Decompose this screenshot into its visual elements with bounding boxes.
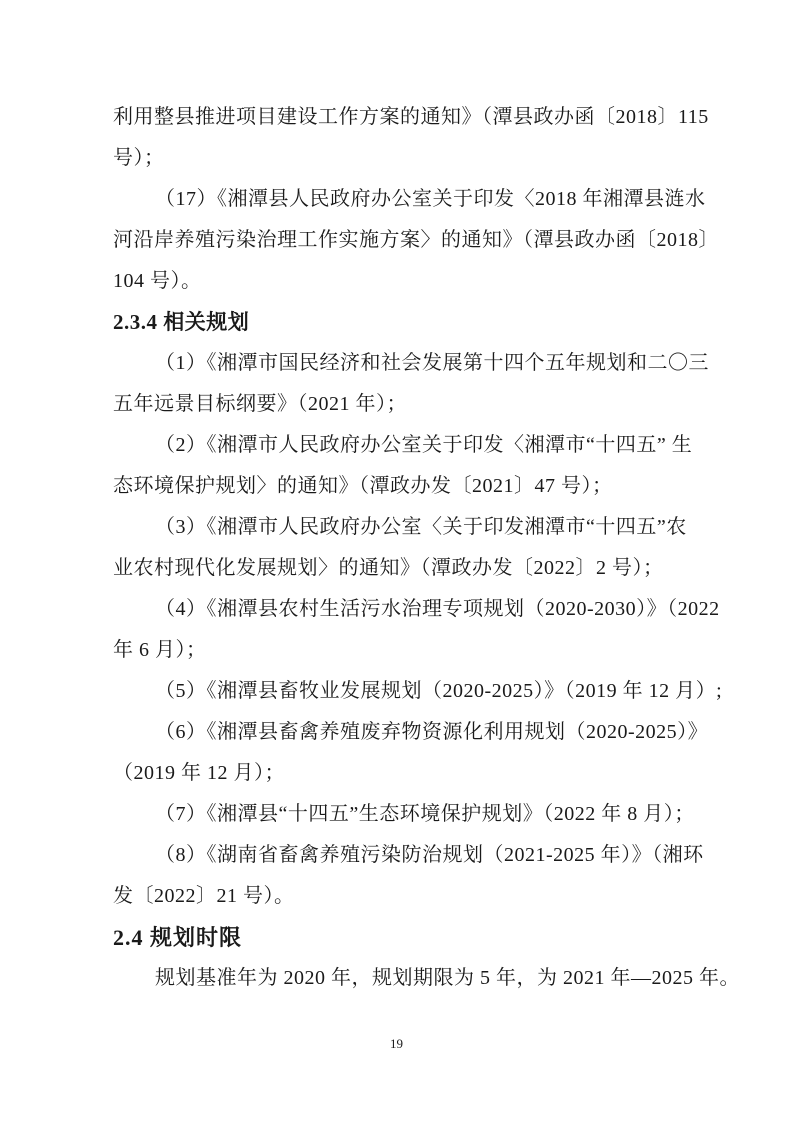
paragraph-line: 号）； — [113, 138, 680, 179]
section-heading-2-4: 2.4 规划时限 — [113, 917, 680, 958]
paragraph-line: 104 号）。 — [113, 261, 680, 302]
paragraph-line-item-8: （8）《湖南省畜禽养殖污染防治规划（2021-2025 年）》（湘环 — [113, 835, 680, 876]
paragraph-line: 五年远景目标纲要》（2021 年）； — [113, 384, 680, 425]
paragraph-line-item-17: （17）《湘潭县人民政府办公室关于印发〈2018 年湘潭县涟水 — [113, 179, 680, 220]
section-heading-2-3-4: 2.3.4 相关规划 — [113, 302, 680, 343]
paragraph-line: 态环境保护规划〉的通知》（潭政办发〔2021〕47 号）； — [113, 466, 680, 507]
paragraph-line-item-5: （5）《湘潭县畜牧业发展规划（2020-2025）》（2019 年 12 月）; — [113, 671, 680, 712]
paragraph-line: 河沿岸养殖污染治理工作实施方案〉的通知》（潭县政办函〔2018〕 — [113, 220, 680, 261]
paragraph-line-item-4: （4）《湘潭县农村生活污水治理专项规划（2020-2030）》（2022 — [113, 589, 680, 630]
paragraph-line: 年 6 月）； — [113, 630, 680, 671]
document-body: 利用整县推进项目建设工作方案的通知》（潭县政办函〔2018〕115 号）； （1… — [113, 97, 680, 999]
paragraph-line-item-3: （3）《湘潭市人民政府办公室〈关于印发湘潭市“十四五”农 — [113, 507, 680, 548]
paragraph-line-item-6: （6）《湘潭县畜禽养殖废弃物资源化利用规划（2020-2025）》 — [113, 712, 680, 753]
page-number: 19 — [0, 1036, 793, 1052]
paragraph-line: 规划基准年为 2020 年，规划期限为 5 年，为 2021 年—2025 年。 — [113, 958, 680, 999]
paragraph-line: 利用整县推进项目建设工作方案的通知》（潭县政办函〔2018〕115 — [113, 97, 680, 138]
paragraph-line: 业农村现代化发展规划〉的通知》（潭政办发〔2022〕2 号）； — [113, 548, 680, 589]
paragraph-line-item-1: （1）《湘潭市国民经济和社会发展第十四个五年规划和二〇三 — [113, 343, 680, 384]
document-page: 利用整县推进项目建设工作方案的通知》（潭县政办函〔2018〕115 号）； （1… — [0, 0, 793, 1122]
paragraph-line-item-7: （7）《湘潭县“十四五”生态环境保护规划》（2022 年 8 月）； — [113, 794, 680, 835]
paragraph-line-item-2: （2）《湘潭市人民政府办公室关于印发〈湘潭市“十四五” 生 — [113, 425, 680, 466]
paragraph-line: （2019 年 12 月）； — [113, 753, 680, 794]
paragraph-line: 发〔2022〕21 号）。 — [113, 876, 680, 917]
